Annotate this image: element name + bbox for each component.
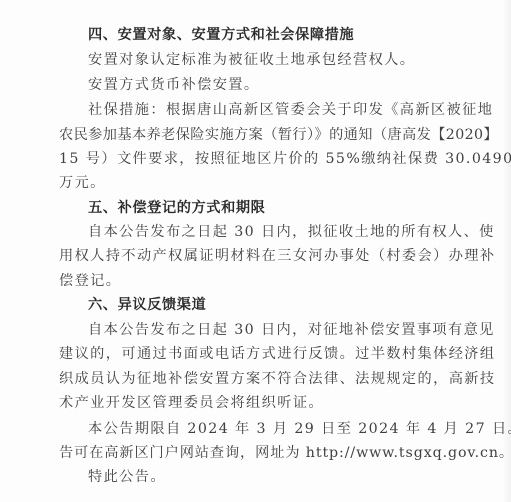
document-page: 四、安置对象、安置方式和社会保障措施 安置对象认定标准为被征收土地承包经营权人。… [0, 0, 511, 502]
paragraph-line: 社保措施：根据唐山高新区管委会关于印发《高新区被征地 [88, 98, 448, 122]
section-heading-4: 四、安置对象、安置方式和社会保障措施 [88, 23, 448, 47]
paragraph-line: 自本公告发布之日起 30 日内，拟征收土地的所有权人、使 [88, 220, 448, 244]
paragraph-line: 织成员认为征地补偿安置方案不符合法律、法规规定的，高新技 [59, 367, 449, 391]
paragraph-line: 15 号）文件要求，按照征地区片价的 55%缴纳社保费 30.0490 [59, 147, 449, 171]
paragraph-line: 万元。 [59, 171, 449, 195]
paragraph-line: 安置对象认定标准为被征收土地承包经营权人。 [88, 48, 448, 72]
closing-statement: 特此公告。 [88, 465, 448, 489]
paragraph-line: 本公告期限自 2024 年 3 月 29 日至 2024 年 4 月 27 日。… [88, 417, 448, 441]
paragraph-line: 用权人持不动产权属证明材料在三女河办事处（村委会）办理补 [59, 244, 449, 268]
section-heading-5: 五、补偿登记的方式和期限 [88, 196, 448, 220]
paragraph-line: 建议的，可通过书面或电话方式进行反馈。过半数村集体经济组 [59, 342, 449, 366]
section-heading-6: 六、异议反馈渠道 [88, 293, 448, 317]
paragraph-line: 术产业开发区管理委员会将组织听证。 [59, 391, 449, 415]
paragraph-line: 偿登记。 [59, 269, 449, 293]
paragraph-line: 自本公告发布之日起 30 日内，对征地补偿安置事项有意见 [88, 318, 448, 342]
paragraph-line: 安置方式货币补偿安置。 [88, 73, 448, 97]
paragraph-line-with-url: 告可在高新区门户网站查询，网址为 http://www.tsgxq.gov.cn… [59, 441, 449, 465]
paragraph-line: 农民参加基本养老保险实施方案（暂行）》的通知（唐高发【2020】 [59, 123, 449, 147]
